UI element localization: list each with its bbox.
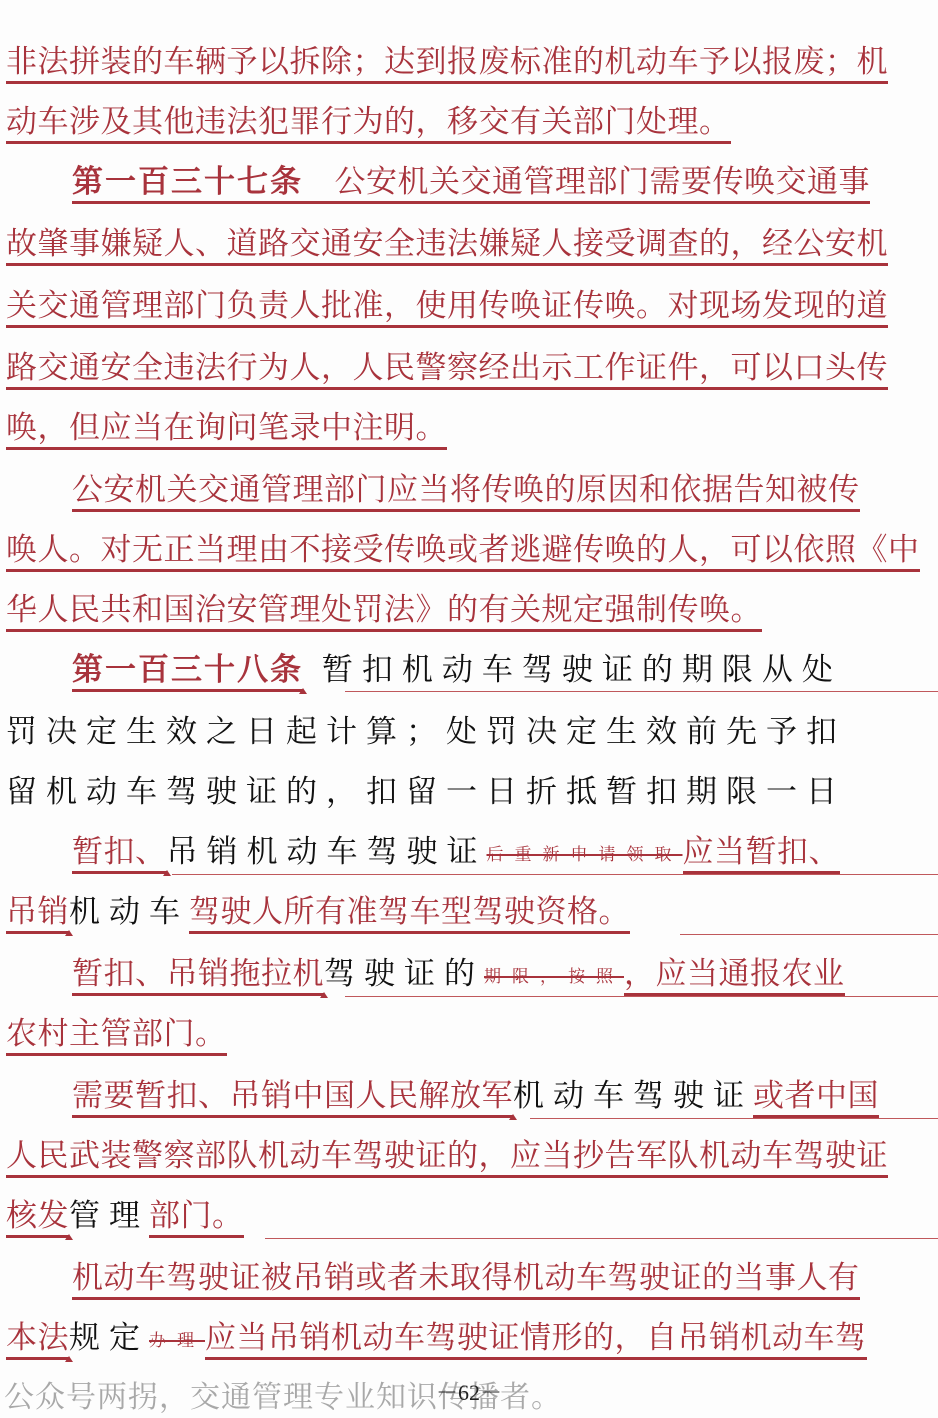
- original-text: 罚决定生效之日起计算；处罚决定生效前先予扣: [6, 714, 846, 750]
- paragraph-text: 吊销机动车驾驶人所有准驾车型驾驶资格。: [6, 888, 630, 936]
- revision-caret-icon: [163, 870, 171, 876]
- inserted-text: 本法: [6, 1320, 69, 1360]
- paragraph-text: 罚决定生效之日起计算；处罚决定生效前先予扣: [6, 708, 846, 756]
- text-line: 公安机关交通管理部门应当将传唤的原因和依据告知被传: [0, 466, 938, 528]
- inserted-text: 应当吊销机动车驾驶证情形的，自吊销机动车驾: [205, 1320, 867, 1360]
- paragraph-text: 本法规定办理应当吊销机动车驾驶证情形的，自吊销机动车驾: [6, 1314, 867, 1362]
- page-number: －62－: [436, 1376, 502, 1407]
- text-line: 华人民共和国治安管理处罚法》的有关规定强制传唤。: [0, 586, 938, 648]
- paragraph-text: 核发管理部门。: [6, 1192, 244, 1240]
- revision-caret-icon: [65, 930, 73, 936]
- text-line: 动车涉及其他违法犯罪行为的，移交有关部门处理。: [0, 98, 938, 160]
- text-line: 本法规定办理应当吊销机动车驾驶证情形的，自吊销机动车驾: [0, 1314, 938, 1376]
- inserted-text: ，应当通报农业: [624, 956, 845, 996]
- article-137-first-line: 第一百三十七条 公安机关交通管理部门需要传唤交通事: [0, 158, 938, 220]
- paragraph-text: 故肇事嫌疑人、道路交通安全违法嫌疑人接受调查的，经公安机: [6, 220, 888, 268]
- inserted-text: 关交通管理部门负责人批准，使用传唤证传唤。对现场发现的道: [6, 288, 888, 328]
- text-line: 留机动车驾驶证的，扣留一日折抵暂扣期限一日: [0, 768, 938, 830]
- inserted-text: 暂扣、吊销拖拉机: [72, 956, 324, 996]
- inserted-text: 需要暂扣、吊销中国人民解放军: [72, 1078, 513, 1118]
- revision-underline: [530, 1118, 938, 1119]
- paragraph-text: 农村主管部门。: [6, 1010, 227, 1058]
- text-line: 暂扣、吊销机动车驾驶证后重新申请领取应当暂扣、: [0, 828, 938, 890]
- deleted-text: 期限，按照: [484, 967, 624, 987]
- inserted-text: 核发: [6, 1198, 69, 1238]
- paragraph-text: 暂扣、吊销机动车驾驶证后重新申请领取应当暂扣、: [72, 828, 840, 876]
- paragraph-text: 华人民共和国治安管理处罚法》的有关规定强制传唤。: [6, 586, 762, 634]
- inserted-text: 暂扣、: [72, 834, 167, 874]
- article-heading: 第一百三十八条: [72, 652, 303, 692]
- paragraph-text: 暂扣、吊销拖拉机驾驶证的期限，按照，应当通报农业: [72, 950, 845, 998]
- paragraph-text: 需要暂扣、吊销中国人民解放军机动车驾驶证或者中国: [72, 1072, 879, 1120]
- deleted-text: 后重新申请领取: [487, 845, 683, 865]
- paragraph-text: 非法拼装的车辆予以拆除；达到报废标准的机动车予以报废；机: [6, 38, 888, 86]
- original-text: 吊销机动车驾驶证: [167, 834, 487, 870]
- revision-underline: [345, 996, 938, 997]
- paragraph-text: 关交通管理部门负责人批准，使用传唤证传唤。对现场发现的道: [6, 282, 888, 330]
- inserted-text: 吊销: [6, 894, 69, 934]
- inserted-text: 驾驶人所有准驾车型驾驶资格。: [189, 894, 630, 934]
- text-line: 需要暂扣、吊销中国人民解放军机动车驾驶证或者中国: [0, 1072, 938, 1134]
- text-line: 唤，但应当在询问笔录中注明。: [0, 404, 938, 466]
- paragraph-text: 人民武装警察部队机动车驾驶证的，应当抄告军队机动车驾驶证: [6, 1132, 888, 1180]
- text-line: 路交通安全违法行为人，人民警察经出示工作证件，可以口头传: [0, 344, 938, 406]
- text-line: 核发管理部门。: [0, 1192, 938, 1254]
- text-line: 人民武装警察部队机动车驾驶证的，应当抄告军队机动车驾驶证: [0, 1132, 938, 1194]
- inserted-text: 动车涉及其他违法犯罪行为的，移交有关部门处理。: [6, 104, 731, 144]
- inserted-text: 部门。: [149, 1198, 244, 1238]
- inserted-text: 非法拼装的车辆予以拆除；达到报废标准的机动车予以报废；机: [6, 44, 888, 84]
- paragraph-text: 动车涉及其他违法犯罪行为的，移交有关部门处理。: [6, 98, 731, 146]
- original-text: 留机动车驾驶证的，扣留一日折抵暂扣期限一日: [6, 774, 846, 810]
- inserted-text: 唤人。对无正当理由不接受传唤或者逃避传唤的人，可以依照《中: [6, 532, 920, 572]
- paragraph-text: 唤人。对无正当理由不接受传唤或者逃避传唤的人，可以依照《中: [6, 526, 920, 574]
- revision-caret-icon: [509, 1114, 517, 1120]
- revision-caret-icon: [320, 992, 328, 998]
- revision-underline: [680, 934, 938, 935]
- text-line: 吊销机动车驾驶人所有准驾车型驾驶资格。: [0, 888, 938, 950]
- paragraph-text: 公安机关交通管理部门应当将传唤的原因和依据告知被传: [72, 466, 860, 514]
- text-line: 机动车驾驶证被吊销或者未取得机动车驾驶证的当事人有: [0, 1254, 938, 1316]
- original-text: 暂扣机动车驾驶证的期限从处: [303, 652, 842, 688]
- revision-underline: [265, 1238, 938, 1239]
- inserted-text: 人民武装警察部队机动车驾驶证的，应当抄告军队机动车驾驶证: [6, 1138, 888, 1178]
- revision-caret-icon: [65, 1234, 73, 1240]
- text-line: 农村主管部门。: [0, 1010, 938, 1072]
- deleted-text: 办理: [149, 1331, 205, 1351]
- article-heading: 第一百三十七条: [72, 164, 303, 204]
- original-text: 规定: [69, 1320, 149, 1356]
- inserted-text: 华人民共和国治安管理处罚法》的有关规定强制传唤。: [6, 592, 762, 632]
- original-text: 机动车: [69, 894, 189, 930]
- inserted-text: 应当暂扣、: [683, 834, 841, 874]
- revision-underline: [345, 691, 938, 692]
- paragraph-text: 第一百三十八条 暂扣机动车驾驶证的期限从处: [72, 646, 842, 694]
- text-line: 关交通管理部门负责人批准，使用传唤证传唤。对现场发现的道: [0, 282, 938, 344]
- inserted-text: 故肇事嫌疑人、道路交通安全违法嫌疑人接受调查的，经公安机: [6, 226, 888, 266]
- paragraph-text: 路交通安全违法行为人，人民警察经出示工作证件，可以口头传: [6, 344, 888, 392]
- revision-caret-icon: [65, 1356, 73, 1362]
- text-line: 非法拼装的车辆予以拆除；达到报废标准的机动车予以报废；机: [0, 38, 938, 100]
- paragraph-text: 唤，但应当在询问笔录中注明。: [6, 404, 447, 452]
- inserted-text: 公安机关交通管理部门应当将传唤的原因和依据告知被传: [72, 472, 860, 512]
- article-138-first-line: 第一百三十八条 暂扣机动车驾驶证的期限从处: [0, 646, 938, 708]
- inserted-text: 唤，但应当在询问笔录中注明。: [6, 410, 447, 450]
- inserted-text: 路交通安全违法行为人，人民警察经出示工作证件，可以口头传: [6, 350, 888, 390]
- text-line: 罚决定生效之日起计算；处罚决定生效前先予扣: [0, 708, 938, 770]
- paragraph-text: 机动车驾驶证被吊销或者未取得机动车驾驶证的当事人有: [72, 1254, 860, 1302]
- text-line: 暂扣、吊销拖拉机驾驶证的期限，按照，应当通报农业: [0, 950, 938, 1012]
- inserted-text: 或者中国: [753, 1078, 879, 1118]
- revision-underline: [172, 874, 938, 875]
- document-page: 非法拼装的车辆予以拆除；达到报废标准的机动车予以报废；机 动车涉及其他违法犯罪行…: [0, 0, 938, 1418]
- paragraph-text: 第一百三十七条 公安机关交通管理部门需要传唤交通事: [72, 158, 870, 206]
- original-text: 管理: [69, 1198, 149, 1234]
- original-text: 机动车驾驶证: [513, 1078, 753, 1114]
- revision-caret-icon: [299, 688, 307, 694]
- inserted-text: 农村主管部门。: [6, 1016, 227, 1056]
- inserted-text: 机动车驾驶证被吊销或者未取得机动车驾驶证的当事人有: [72, 1260, 860, 1300]
- text-line: 唤人。对无正当理由不接受传唤或者逃避传唤的人，可以依照《中: [0, 526, 938, 588]
- text-line: 故肇事嫌疑人、道路交通安全违法嫌疑人接受调查的，经公安机: [0, 220, 938, 282]
- paragraph-text: 留机动车驾驶证的，扣留一日折抵暂扣期限一日: [6, 768, 846, 816]
- inserted-text: 公安机关交通管理部门需要传唤交通事: [303, 164, 870, 204]
- original-text: 驾驶证的: [324, 956, 484, 992]
